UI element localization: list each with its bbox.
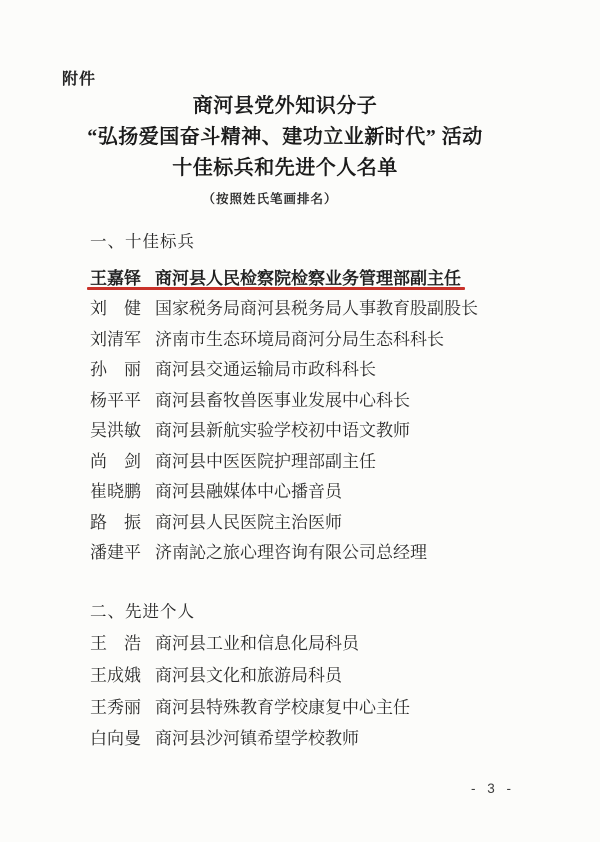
- entry-name: 刘清军: [90, 325, 142, 350]
- entry-title: 商河县工业和信息化局科员: [155, 629, 359, 654]
- entry-name: 王 浩: [90, 629, 142, 654]
- attachment-label: 附件: [62, 66, 96, 89]
- section-1: 一、十佳标兵王嘉铎商河县人民检察院检察业务管理部副主任刘 健国家税务局商河县税务…: [90, 224, 560, 566]
- entry-title: 济南市生态环境局商河分局生态科科长: [155, 325, 444, 350]
- section-rows: 王 浩商河县工业和信息化局科员王成娥商河县文化和旅游局科员王秀丽商河县特殊教育学…: [90, 626, 560, 753]
- list-entry: 王嘉铎商河县人民检察院检察业务管理部副主任: [90, 261, 560, 292]
- highlight-underline: [87, 287, 465, 290]
- title-line-1: 商河县党外知识分子: [55, 91, 515, 122]
- list-entry: 白向曼商河县沙河镇希望学校教师: [90, 721, 560, 753]
- list-entry: 王成娥商河县文化和旅游局科员: [90, 658, 560, 690]
- entry-title: 商河县中医医院护理部副主任: [155, 447, 376, 472]
- list-entry: 王 浩商河县工业和信息化局科员: [90, 626, 560, 658]
- list-entry: 吴洪敏商河县新航实验学校初中语文教师: [90, 414, 560, 445]
- entry-name: 王嘉铎: [90, 264, 142, 289]
- entry-title: 济南訫之旅心理咨询有限公司总经理: [155, 538, 427, 563]
- award-list: 一、十佳标兵王嘉铎商河县人民检察院检察业务管理部副主任刘 健国家税务局商河县税务…: [90, 224, 560, 753]
- entry-name: 王秀丽: [90, 693, 142, 718]
- entry-name: 王成娥: [90, 661, 142, 686]
- list-entry: 潘建平济南訫之旅心理咨询有限公司总经理: [90, 536, 560, 567]
- entry-title: 商河县沙河镇希望学校教师: [155, 724, 359, 749]
- section-2: 二、先进个人王 浩商河县工业和信息化局科员王成娥商河县文化和旅游局科员王秀丽商河…: [90, 594, 560, 753]
- entry-name: 潘建平: [90, 538, 142, 563]
- entry-name: 刘 健: [90, 294, 142, 319]
- list-entry: 刘清军济南市生态环境局商河分局生态科科长: [90, 322, 560, 353]
- sort-note: （按照姓氏笔画排名）: [55, 189, 485, 207]
- entry-name: 尚 剑: [90, 447, 142, 472]
- entry-title: 商河县特殊教育学校康复中心主任: [155, 693, 410, 718]
- entry-title: 商河县融媒体中心播音员: [155, 477, 342, 502]
- entry-name: 吴洪敏: [90, 416, 142, 441]
- title-line-2: “弘扬爱国奋斗精神、建功立业新时代” 活动: [55, 122, 515, 153]
- entry-title: 商河县文化和旅游局科员: [155, 661, 342, 686]
- document-title: 商河县党外知识分子 “弘扬爱国奋斗精神、建功立业新时代” 活动 十佳标兵和先进个…: [55, 91, 515, 184]
- section-heading: 一、十佳标兵: [90, 224, 560, 256]
- entry-name: 白向曼: [90, 724, 142, 749]
- entry-name: 崔晓鹏: [90, 477, 142, 502]
- entry-title: 商河县交通运输局市政科科长: [155, 355, 376, 380]
- title-line-3: 十佳标兵和先进个人名单: [55, 153, 515, 184]
- section-heading: 二、先进个人: [90, 594, 560, 626]
- entry-title: 商河县新航实验学校初中语文教师: [155, 416, 410, 441]
- entry-name: 杨平平: [90, 386, 142, 411]
- page-number: - 3 -: [453, 781, 533, 796]
- list-entry: 孙 丽商河县交通运输局市政科科长: [90, 353, 560, 384]
- entry-title: 商河县人民医院主治医师: [155, 508, 342, 533]
- entry-name: 孙 丽: [90, 355, 142, 380]
- document-page: 附件 商河县党外知识分子 “弘扬爱国奋斗精神、建功立业新时代” 活动 十佳标兵和…: [0, 0, 600, 842]
- list-entry: 崔晓鹏商河县融媒体中心播音员: [90, 475, 560, 506]
- entry-name: 路 振: [90, 508, 142, 533]
- entry-title: 国家税务局商河县税务局人事教育股副股长: [155, 294, 478, 319]
- list-entry: 路 振商河县人民医院主治医师: [90, 505, 560, 536]
- list-entry: 杨平平商河县畜牧兽医事业发展中心科长: [90, 383, 560, 414]
- list-entry: 尚 剑商河县中医医院护理部副主任: [90, 444, 560, 475]
- list-entry: 王秀丽商河县特殊教育学校康复中心主任: [90, 689, 560, 721]
- entry-title: 商河县人民检察院检察业务管理部副主任: [155, 264, 461, 289]
- section-rows: 王嘉铎商河县人民检察院检察业务管理部副主任刘 健国家税务局商河县税务局人事教育股…: [90, 261, 560, 566]
- entry-title: 商河县畜牧兽医事业发展中心科长: [155, 386, 410, 411]
- list-entry: 刘 健国家税务局商河县税务局人事教育股副股长: [90, 292, 560, 323]
